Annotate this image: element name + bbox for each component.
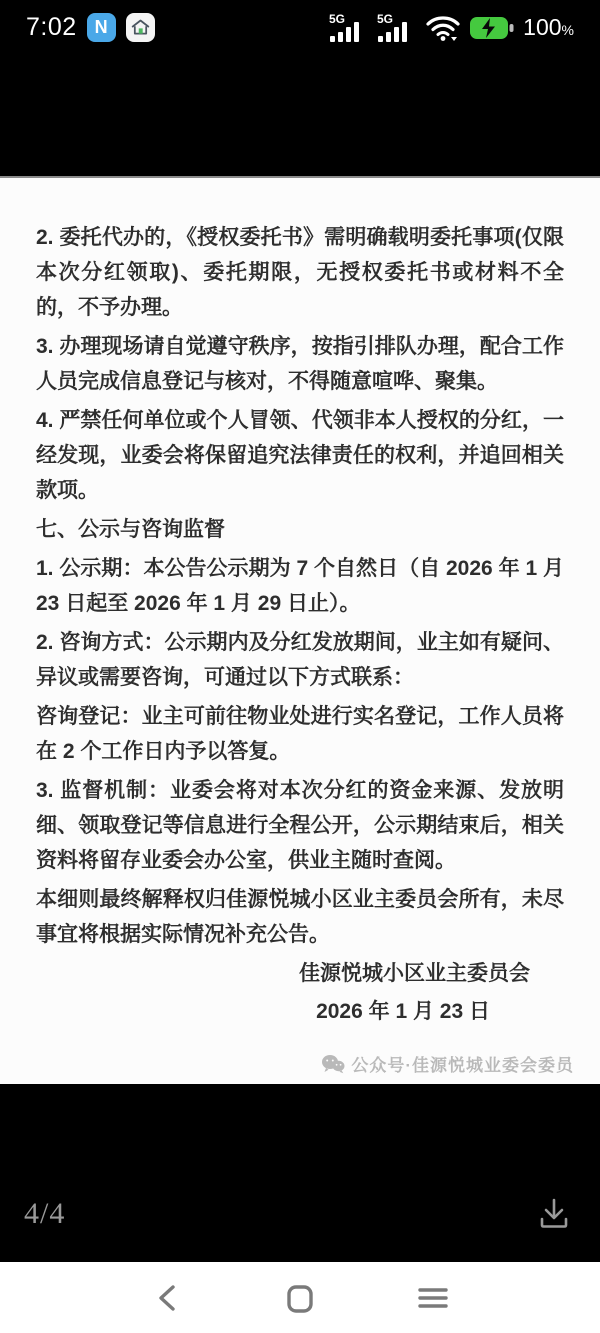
paragraph-order: 3. 办理现场请自觉遵守秩序，按指引排队办理，配合工作人员完成信息登记与核对，不… <box>36 329 564 399</box>
paragraph-delegation: 2. 委托代办的，《授权委托书》需明确载明委托事项(仅限本次分红领取)、委托期限… <box>36 220 564 325</box>
page-indicator: 4/4 <box>24 1197 65 1231</box>
smart-home-app-icon <box>126 13 155 42</box>
home-square-icon <box>285 1281 315 1315</box>
hamburger-menu-icon <box>416 1281 450 1315</box>
percent-sign: % <box>562 22 574 38</box>
back-button[interactable] <box>145 1276 189 1320</box>
download-icon <box>535 1195 573 1233</box>
status-bar-left: 7:02 N <box>26 13 155 42</box>
home-button[interactable] <box>278 1276 322 1320</box>
signature-date: 2026 年 1 月 23 日 <box>36 994 564 1029</box>
signal-5g-icon-sim1: 5G <box>329 12 369 44</box>
wifi-icon <box>425 13 461 43</box>
watermark-label: 公众号·佳源悦城业委会委员 <box>351 1051 574 1076</box>
paragraph-registration: 咨询登记：业主可前往物业处进行实名登记，工作人员将在 2 个工作日内予以答复。 <box>36 699 564 769</box>
status-bar: 7:02 N 5G 5G <box>0 0 600 55</box>
paragraph-interpretation: 本细则最终解释权归佳源悦城小区业主委员会所有，未尽事宜将根据实际情况补充公告。 <box>36 882 564 952</box>
viewer-footer-row: 4/4 <box>0 1192 600 1236</box>
house-glyph-icon <box>130 17 151 38</box>
document-text: 2. 委托代办的，《授权委托书》需明确载明委托事项(仅限本次分红领取)、委托期限… <box>0 178 600 1029</box>
document-page[interactable]: 2. 委托代办的，《授权委托书》需明确载明委托事项(仅限本次分红领取)、委托期限… <box>0 176 600 1084</box>
wechat-watermark: 公众号·佳源悦城业委会委员 <box>321 1051 574 1076</box>
clock: 7:02 <box>26 13 77 42</box>
nfc-icon: N <box>87 13 116 42</box>
download-button[interactable] <box>532 1192 576 1236</box>
battery-percent-value: 100 <box>523 14 561 40</box>
back-chevron-icon <box>152 1281 182 1315</box>
status-bar-right: 5G 5G <box>329 12 574 44</box>
battery-percent-label: 100% <box>523 14 574 41</box>
paragraph-supervision: 3. 监督机制：业委会将对本次分红的资金来源、发放明细、领取登记等信息进行全程公… <box>36 773 564 878</box>
paragraph-prohibition: 4. 严禁任何单位或个人冒领、代领非本人授权的分红，一经发现，业委会将保留追究法… <box>36 403 564 508</box>
section-heading-publicity: 七、公示与咨询监督 <box>36 512 564 547</box>
system-navigation-bar <box>0 1262 600 1333</box>
battery-charging-icon <box>469 15 515 41</box>
paragraph-publicity-period: 1. 公示期：本公告公示期为 7 个自然日（自 2026 年 1 月 23 日起… <box>36 551 564 621</box>
signal-5g-icon-sim2: 5G <box>377 12 417 44</box>
recents-menu-button[interactable] <box>411 1276 455 1320</box>
network-type-label: 5G <box>329 12 345 26</box>
paragraph-consultation: 2. 咨询方式：公示期内及分红发放期间，业主如有疑问、异议或需要咨询，可通过以下… <box>36 625 564 695</box>
signature-committee: 佳源悦城小区业主委员会 <box>36 956 564 991</box>
viewer-footer: 4/4 <box>0 1084 600 1262</box>
phone-screen: 7:02 N 5G 5G <box>0 0 600 1333</box>
wechat-icon <box>321 1054 345 1074</box>
network-type-label-2: 5G <box>377 12 393 26</box>
